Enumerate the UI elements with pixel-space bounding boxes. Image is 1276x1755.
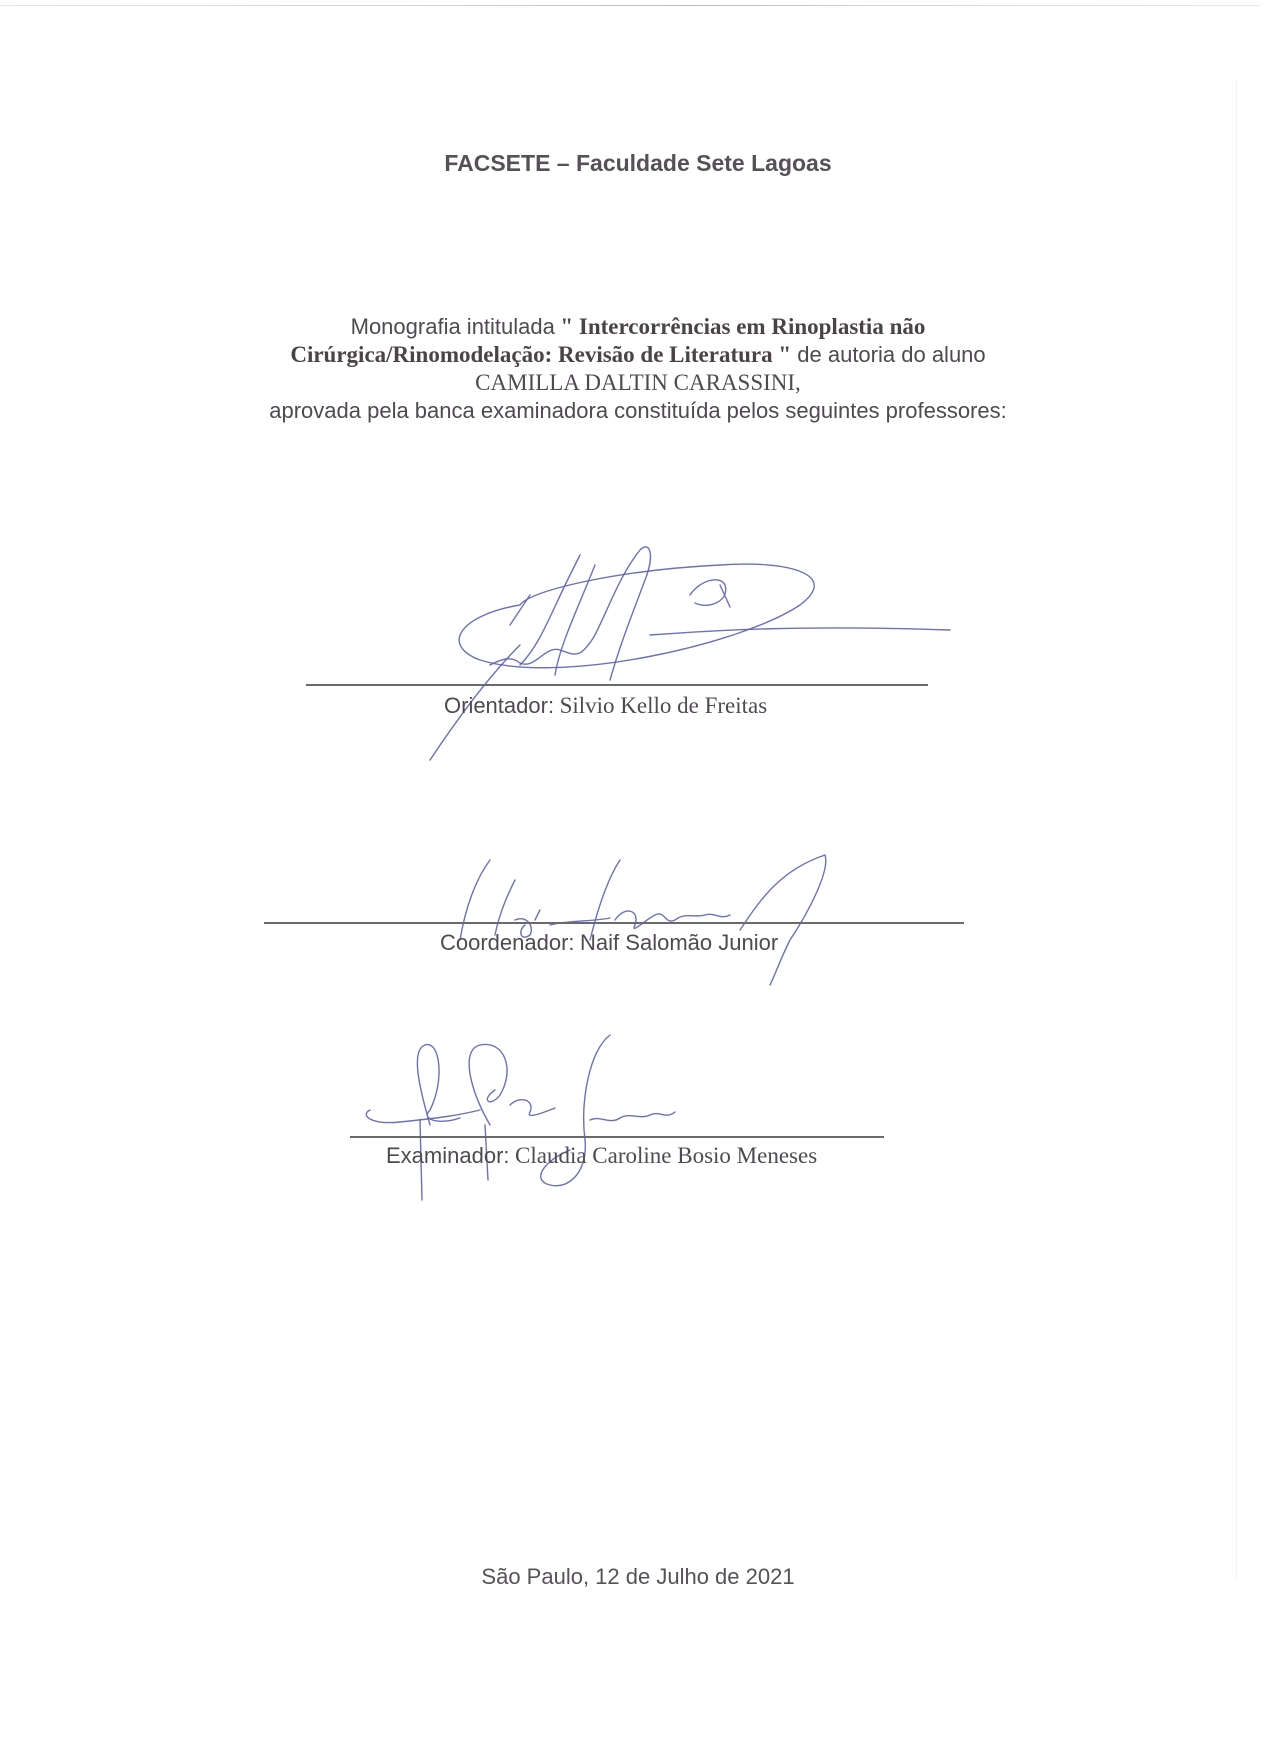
scan-top-edge xyxy=(0,5,1260,6)
statement-line-2: Cirúrgica/Rinomodelação: Revisão de Lite… xyxy=(0,341,1276,369)
signatory-orientador: Orientador: Silvio Kello de Freitas xyxy=(444,693,767,719)
signatory-role: Coordenador: xyxy=(440,930,575,955)
signature-orientador xyxy=(420,535,960,775)
signatory-name: Naif Salomão Junior xyxy=(580,930,778,955)
institution-heading: FACSETE – Faculdade Sete Lagoas xyxy=(0,150,1276,177)
monograph-title-part-2: Cirúrgica/Rinomodelação: Revisão de Lite… xyxy=(290,342,791,367)
place-and-date: São Paulo, 12 de Julho de 2021 xyxy=(0,1564,1276,1590)
scan-right-edge xyxy=(1236,80,1237,1580)
signature-examinador xyxy=(360,1030,720,1210)
signatory-role: Examinador: xyxy=(386,1143,510,1168)
statement-suffix: de autoria do aluno xyxy=(791,342,986,367)
signature-coordenador xyxy=(440,850,840,990)
signatory-examinador: Examinador: Claudia Caroline Bosio Menes… xyxy=(386,1143,817,1169)
approval-statement: Monografia intitulada " Intercorrências … xyxy=(0,313,1276,425)
signature-line-examinador xyxy=(350,1136,884,1138)
signatory-coordenador: Coordenador: Naif Salomão Junior xyxy=(440,930,778,956)
statement-line-1: Monografia intitulada " Intercorrências … xyxy=(0,313,1276,341)
signature-line-coordenador xyxy=(264,922,964,924)
monograph-title-part-1: " Intercorrências em Rinoplastia não xyxy=(560,314,925,339)
author-name: CAMILLA DALTIN CARASSINI, xyxy=(0,369,1276,397)
signatory-role: Orientador: xyxy=(444,693,554,718)
statement-prefix: Monografia intitulada xyxy=(351,314,555,339)
signature-line-orientador xyxy=(306,684,928,686)
signatory-name: Claudia Caroline Bosio Meneses xyxy=(515,1143,817,1168)
approval-text: aprovada pela banca examinadora constitu… xyxy=(0,397,1276,425)
signatory-name: Silvio Kello de Freitas xyxy=(560,693,768,718)
